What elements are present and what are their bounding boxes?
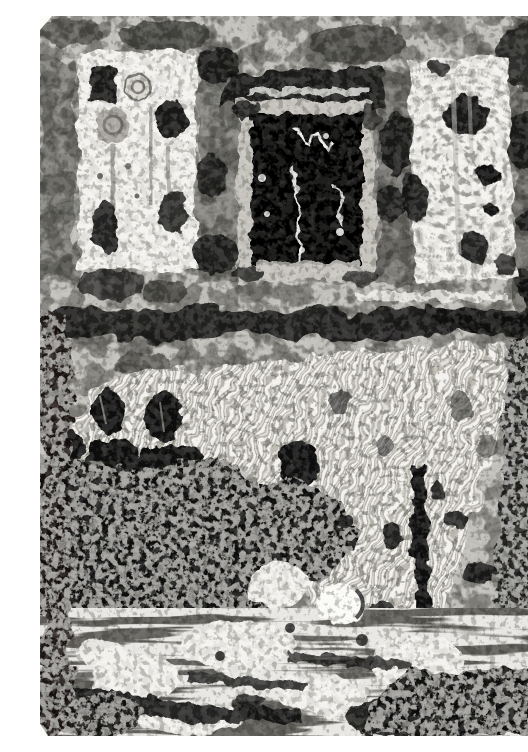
- artwork-canvas: [40, 16, 528, 736]
- global-white-grain: [40, 16, 528, 736]
- monotype-print-artwork: [40, 16, 528, 736]
- finishing-layers: [40, 16, 528, 736]
